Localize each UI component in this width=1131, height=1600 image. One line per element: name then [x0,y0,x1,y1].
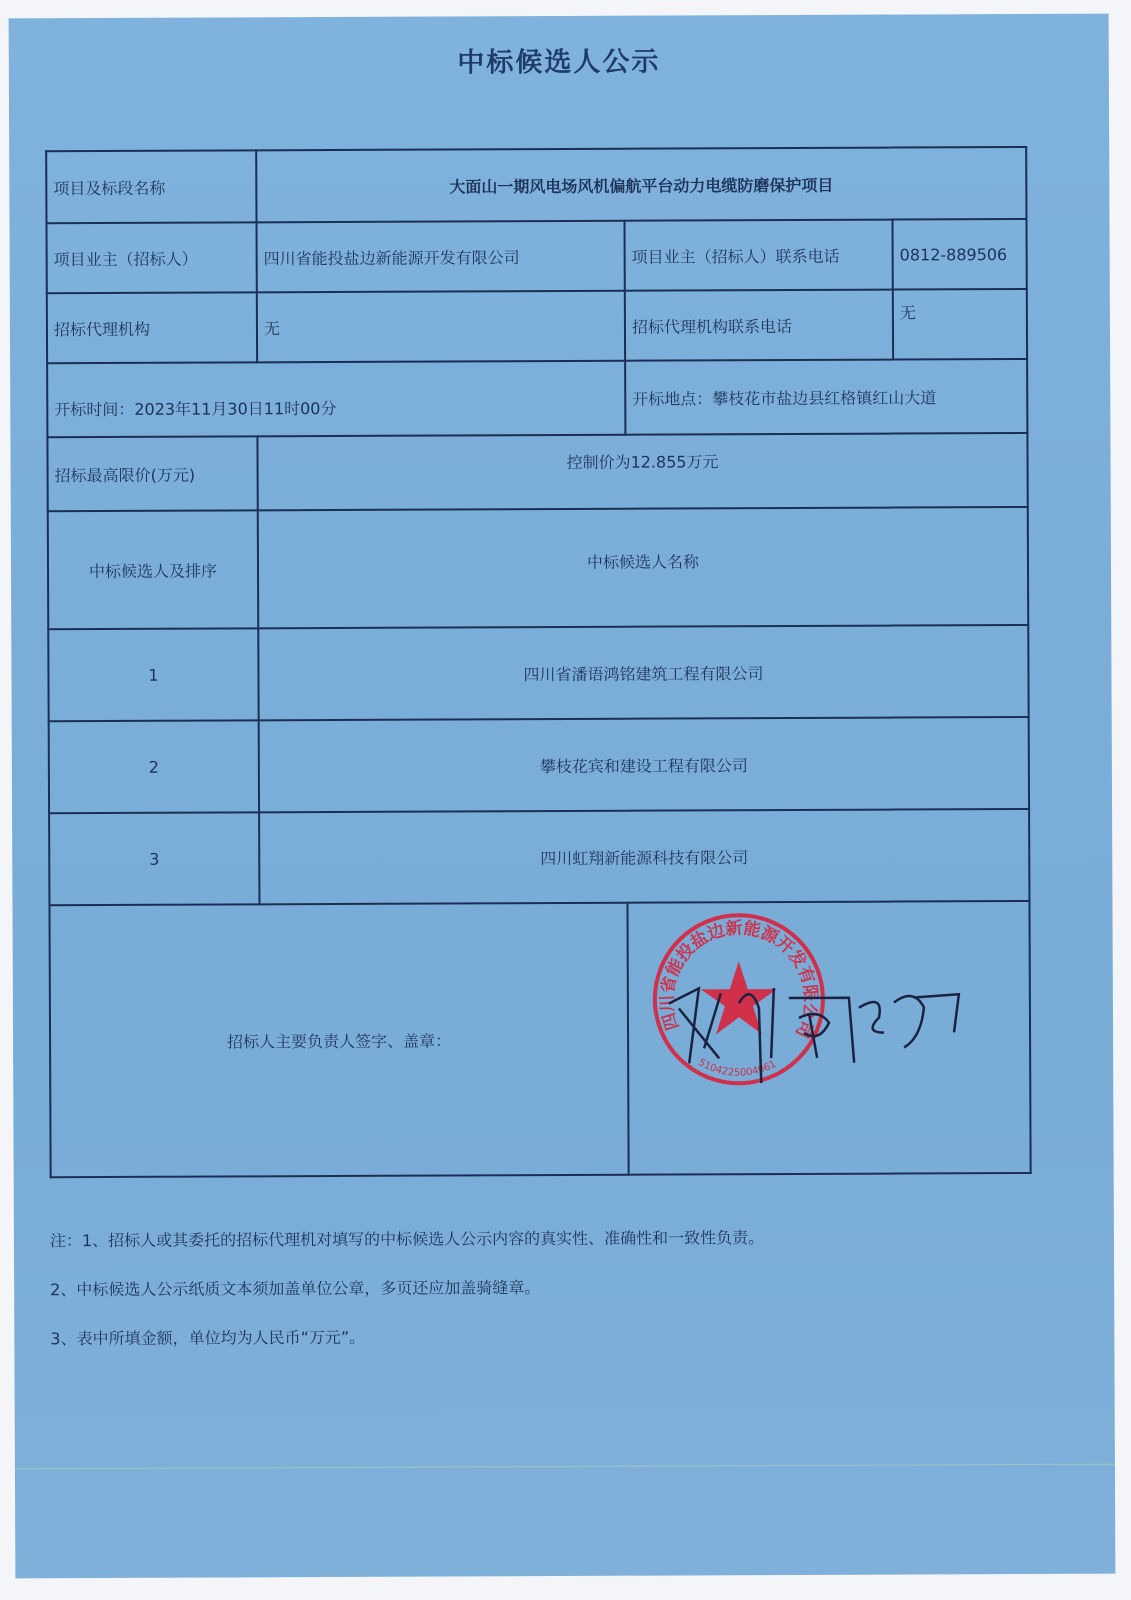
owner-value: 四川省能投盐边新能源开发有限公司 [256,221,624,293]
agency-phone-value: 无 [893,289,1027,360]
announcement-table: 项目及标段名称 大面山一期风电场风机偏航平台动力电缆防磨保护项目 项目业主（招标… [45,146,1031,1178]
candidate-rank: 3 [49,812,259,905]
max-price-label: 招标最高限价(万元) [47,436,257,511]
note-2: 2、中标候选人公示纸质文本须加盖单位公章，多页还应加盖骑缝章。 [50,1273,1050,1300]
document-title: 中标候选人公示 [9,38,1109,82]
project-name-label: 项目及标段名称 [46,150,256,223]
agency-label: 招标代理机构 [47,292,257,363]
scanned-document: 中标候选人公示 项目及标段名称 大面山一期风电场风机偏航平台动力电缆防磨保护项目… [9,14,1116,1579]
candidate-row: 1 四川省潘语鸿铭建筑工程有限公司 [48,625,1028,721]
candidates-header: 中标候选人名称 [258,507,1029,628]
candidate-rank: 1 [48,628,258,721]
owner-phone-label: 项目业主（招标人）联系电话 [624,220,892,291]
agency-phone-label: 招标代理机构联系电话 [625,290,893,361]
open-time: 开标时间：2023年11月30日11时00分 [47,361,625,438]
max-price-value: 控制价为12.855万元 [257,433,1027,510]
open-place: 开标地点：攀枝花市盐边县红格镇红山大道 [625,359,1027,435]
note-3: 3、表中所填金额，单位均为人民币“万元”。 [50,1322,1050,1349]
candidate-name: 四川省潘语鸿铭建筑工程有限公司 [258,625,1028,720]
signature-label: 招标人主要负责人签字、盖章： [49,903,628,1178]
handwritten-signature-icon [659,962,970,1103]
candidate-rank: 2 [49,720,259,813]
signature-seal-area: 四川省能投盐边新能源开发有限公司 5104225004061 [627,901,1030,1175]
note-1: 注：1、招标人或其委托的招标代理机对填写的中标候选人公示内容的真实性、准确性和一… [50,1224,1050,1251]
candidate-name: 攀枝花宾和建设工程有限公司 [259,717,1029,812]
scan-artifact-line [15,1464,1115,1470]
project-name-value: 大面山一期风电场风机偏航平台动力电缆防磨保护项目 [256,147,1026,222]
owner-label: 项目业主（招标人） [46,222,256,293]
owner-phone-value: 0812-889506 [892,219,1026,290]
candidates-label: 中标候选人及排序 [48,510,259,629]
notes-section: 注：1、招标人或其委托的招标代理机对填写的中标候选人公示内容的真实性、准确性和一… [50,1224,1051,1375]
candidate-name: 四川虹翔新能源科技有限公司 [259,809,1029,904]
candidate-row: 2 攀枝花宾和建设工程有限公司 [49,717,1029,813]
candidate-row: 3 四川虹翔新能源科技有限公司 [49,809,1029,905]
agency-value: 无 [257,291,625,363]
